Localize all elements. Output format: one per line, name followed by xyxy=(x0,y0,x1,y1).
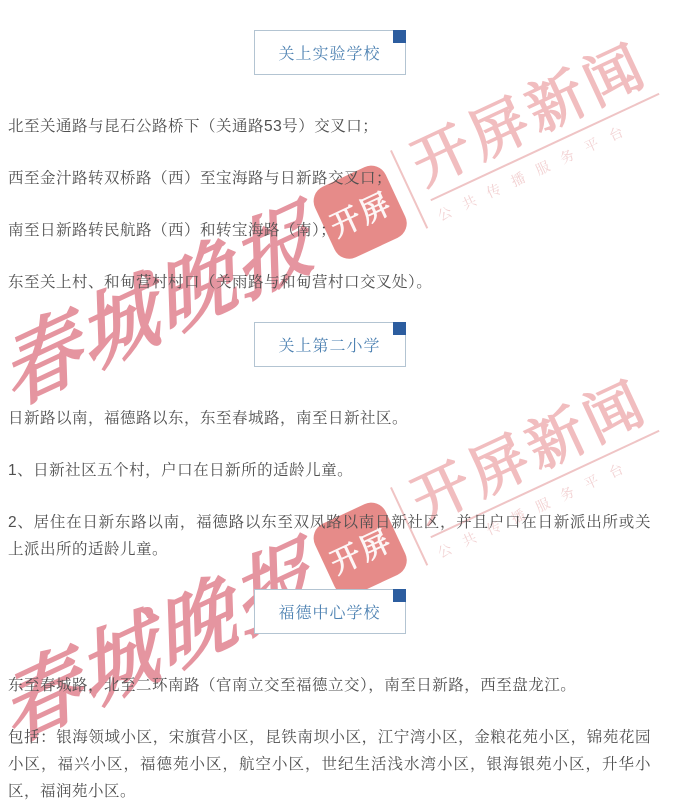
paragraph: 北至关通路与昆石公路桥下（关通路53号）交叉口； xyxy=(8,113,651,140)
paragraph: 包括：银海领域小区，宋旗营小区，昆铁南坝小区，江宁湾小区，金粮花苑小区，锦苑花园… xyxy=(8,724,651,800)
box-corner-square xyxy=(393,322,406,335)
article-page: 春城晚报 开屏 开屏新闻 公共传播服务平台 春城晚报 开屏 开屏新闻 公共传播服… xyxy=(0,0,675,800)
paragraph: 日新路以南，福德路以东，东至春城路，南至日新社区。 xyxy=(8,405,651,432)
school-title-box: 关上第二小学 xyxy=(254,322,406,367)
box-corner-square xyxy=(393,30,406,43)
school-title: 关上实验学校 xyxy=(278,46,380,63)
paragraph: 西至金汁路转双桥路（西）至宝海路与日新路交叉口； xyxy=(8,165,651,192)
school-section-guanshang-second-primary: 关上第二小学 日新路以南，福德路以东，东至春城路，南至日新社区。 1、日新社区五… xyxy=(8,322,651,563)
school-title-box: 关上实验学校 xyxy=(254,30,406,75)
school-title: 关上第二小学 xyxy=(278,338,380,355)
paragraph: 南至日新路转民航路（西）和转宝海路（南）； xyxy=(8,217,651,244)
school-section-fude-central: 福德中心学校 东至春城路，北至二环南路（官南立交至福德立交），南至日新路，西至盘… xyxy=(8,589,651,800)
school-title-box: 福德中心学校 xyxy=(254,589,406,634)
school-section-guanshang-experimental: 关上实验学校 北至关通路与昆石公路桥下（关通路53号）交叉口； 西至金汁路转双桥… xyxy=(8,30,651,296)
paragraph: 2、居住在日新东路以南，福德路以东至双凤路以南日新社区，并且户口在日新派出所或关… xyxy=(8,509,651,563)
paragraph: 1、日新社区五个村，户口在日新所的适龄儿童。 xyxy=(8,457,651,484)
article-content: 关上实验学校 北至关通路与昆石公路桥下（关通路53号）交叉口； 西至金汁路转双桥… xyxy=(0,0,675,800)
paragraph: 东至关上村、和甸营村村口（关雨路与和甸营村口交叉处）。 xyxy=(8,269,651,296)
box-corner-square xyxy=(393,589,406,602)
school-title: 福德中心学校 xyxy=(278,605,380,622)
paragraph: 东至春城路，北至二环南路（官南立交至福德立交），南至日新路，西至盘龙江。 xyxy=(8,672,651,699)
